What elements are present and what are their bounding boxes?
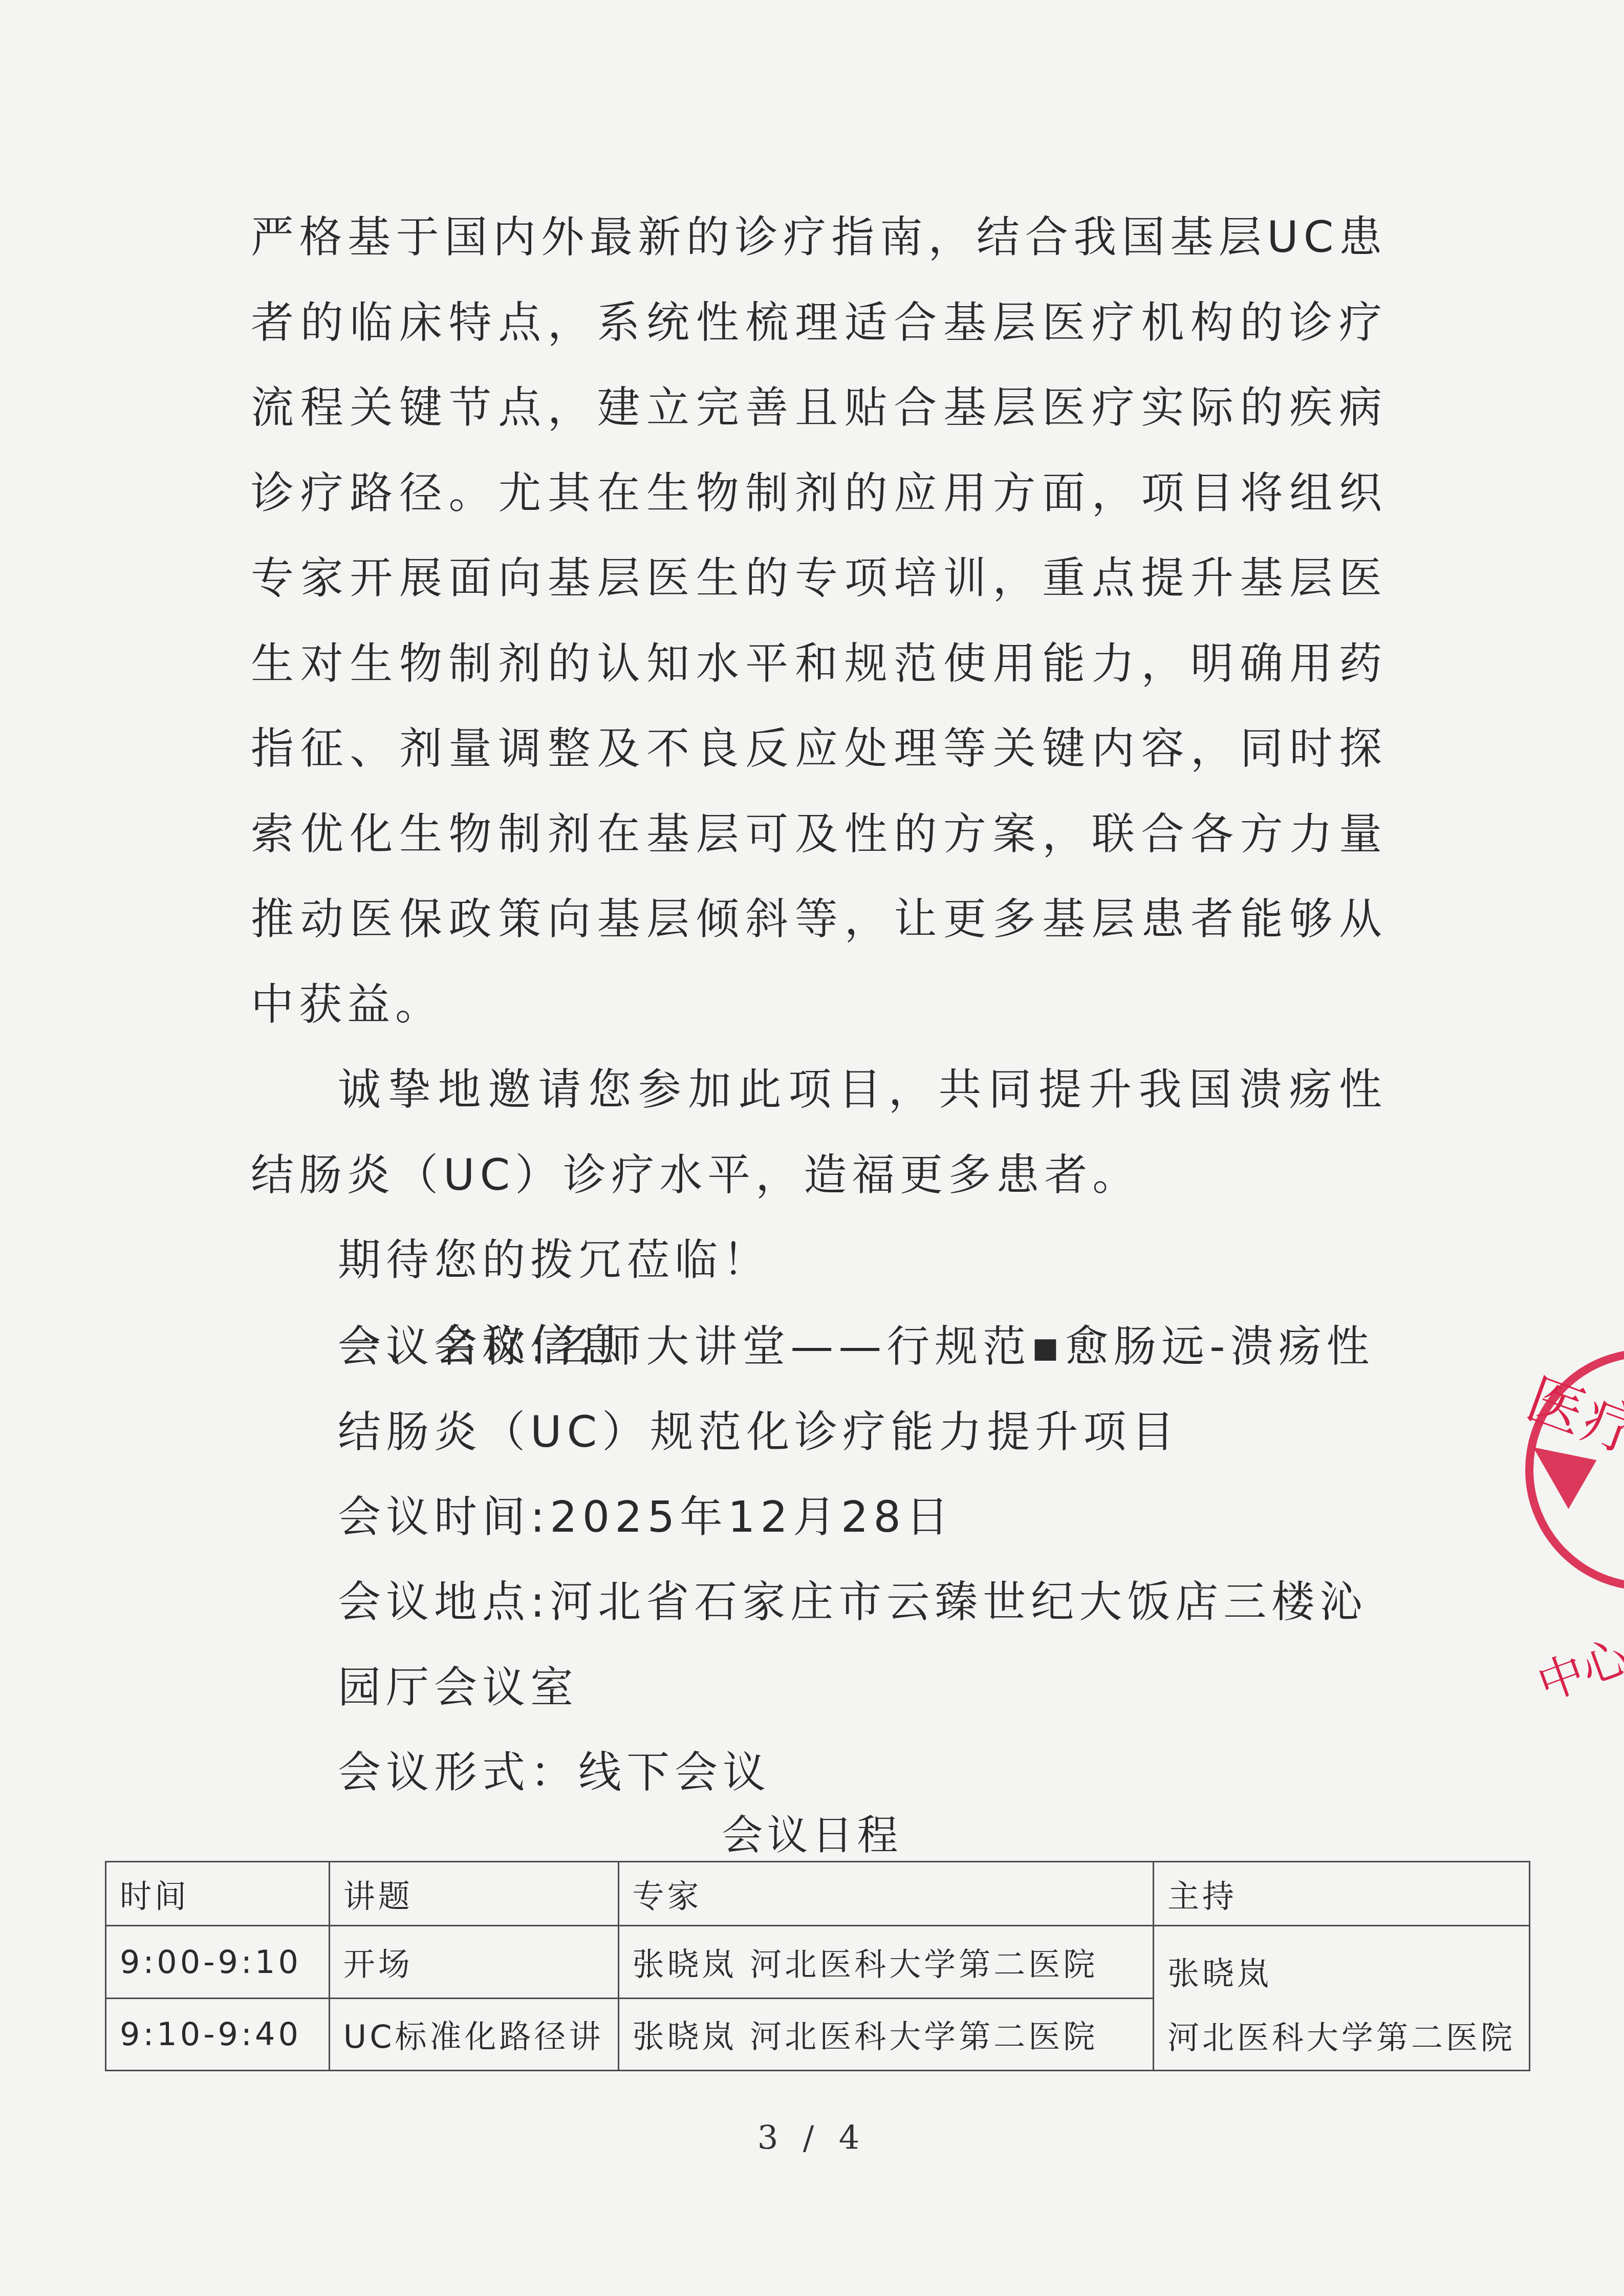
meeting-time-value: 2025年12月28日: [550, 1492, 954, 1542]
document-page: 严格基于国内外最新的诊疗指南，结合我国基层UC患者的临床特点，系统性梳理适合基层…: [0, 0, 1624, 2296]
page-number: 3 / 4: [0, 2119, 1624, 2157]
meeting-format-value: 线下会议: [578, 1747, 771, 1797]
meeting-location-label: 会议地点:: [338, 1577, 550, 1627]
body-text: 严格基于国内外最新的诊疗指南，结合我国基层UC患者的临床特点，系统性梳理适合基层…: [251, 195, 1387, 1388]
host-name: 张晓岚: [1167, 1942, 1515, 2006]
cell-expert: 张晓岚 河北医科大学第二医院: [618, 1926, 1153, 1999]
table-header-row: 时间 讲题 专家 主持: [106, 1862, 1530, 1926]
cell-topic: 开场: [329, 1926, 618, 1999]
meeting-time: 会议时间:2025年12月28日: [338, 1474, 1392, 1560]
paragraph-invitation: 诚挚地邀请您参加此项目，共同提升我国溃疡性结肠炎（UC）诊疗水平，造福更多患者。: [251, 1047, 1387, 1217]
header-host: 主持: [1153, 1862, 1529, 1926]
cell-host: 张晓岚 河北医科大学第二医院: [1153, 1926, 1529, 2071]
schedule-table: 时间 讲题 专家 主持 9:00-9:10 开场 张晓岚 河北医科大学第二医院 …: [105, 1861, 1530, 2071]
meeting-format-label: 会议形式：: [338, 1747, 578, 1797]
seal-text-bottom: 中心: [1527, 1619, 1624, 1713]
meeting-name: 会议名称:名师大讲堂——行规范▪愈肠远-溃疡性结肠炎（UC）规范化诊疗能力提升项…: [338, 1304, 1392, 1474]
header-time: 时间: [106, 1862, 330, 1926]
meeting-location: 会议地点:河北省石家庄市云臻世纪大饭店三楼沁园厅会议室: [338, 1559, 1392, 1730]
meeting-time-label: 会议时间:: [338, 1492, 550, 1542]
meeting-name-label: 会议名称:: [338, 1321, 550, 1371]
header-topic: 讲题: [329, 1862, 618, 1926]
cell-time: 9:10-9:40: [106, 1998, 330, 2071]
header-expert: 专家: [618, 1862, 1153, 1926]
table-row: 9:00-9:10 开场 张晓岚 河北医科大学第二医院 张晓岚 河北医科大学第二…: [106, 1926, 1530, 1999]
cell-time: 9:00-9:10: [106, 1926, 330, 1999]
cell-topic: UC标准化路径讲: [329, 1998, 618, 2071]
host-affiliation: 河北医科大学第二医院: [1167, 2006, 1515, 2070]
schedule-title: 会议日程: [0, 1802, 1624, 1861]
cell-expert: 张晓岚 河北医科大学第二医院: [618, 1998, 1153, 2071]
paragraph-project-description: 严格基于国内外最新的诊疗指南，结合我国基层UC患者的临床特点，系统性梳理适合基层…: [251, 195, 1387, 1047]
paragraph-closing: 期待您的拨冗莅临！: [251, 1217, 1387, 1303]
